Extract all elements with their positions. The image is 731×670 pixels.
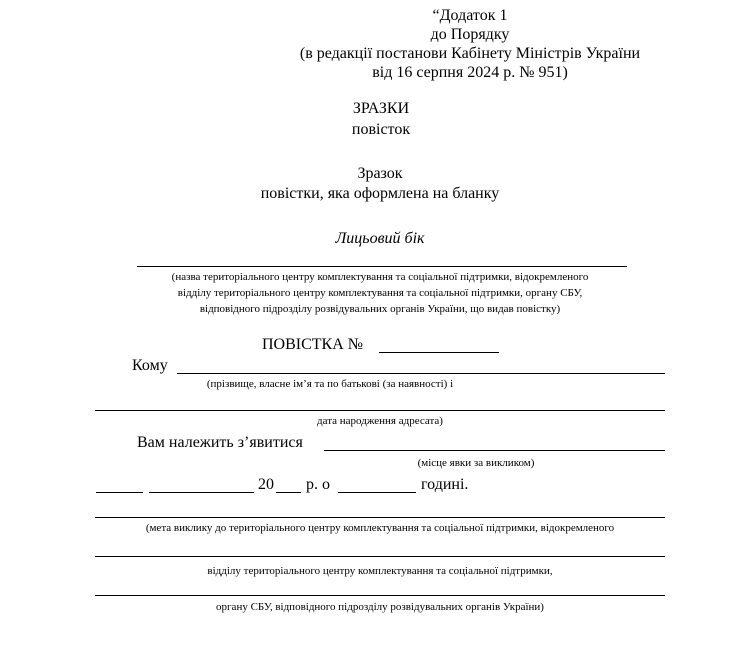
purpose-field-3[interactable] xyxy=(95,595,665,596)
purpose-caption-3: органу СБУ, відповідного підрозділу розв… xyxy=(95,600,665,614)
sample-subtitle: повістки, яка оформлена на бланку xyxy=(230,184,530,203)
recipient-field-2[interactable] xyxy=(95,410,665,411)
time-suffix: годині. xyxy=(421,475,468,494)
appear-caption: (місце явки за викликом) xyxy=(376,456,576,470)
issuer-field[interactable] xyxy=(137,266,627,267)
appendix-header: “Додаток 1 до Порядку (в редакції постан… xyxy=(270,6,670,82)
recipient-caption-2: дата народження адресата) xyxy=(230,414,530,428)
year-prefix: 20 xyxy=(258,475,274,494)
notice-number-field[interactable] xyxy=(379,352,499,353)
year-field[interactable] xyxy=(276,492,301,493)
appear-label: Вам належить з’явитися xyxy=(137,433,303,452)
appendix-line-1: “Додаток 1 xyxy=(270,6,670,25)
side-label: Лицьовий бік xyxy=(280,229,480,248)
time-field[interactable] xyxy=(338,492,416,493)
recipient-caption-1: (прізвище, власне ім’я та по батькові (з… xyxy=(180,377,480,391)
purpose-caption-1: (мета виклику до територіального центру … xyxy=(95,521,665,535)
appendix-line-3: (в редакції постанови Кабінету Міністрів… xyxy=(270,44,670,63)
appendix-line-4: від 16 серпня 2024 р. № 951) xyxy=(270,63,670,82)
document-title: ЗРАЗКИ xyxy=(281,99,481,118)
purpose-caption-2: відділу територіального центру комплекту… xyxy=(95,564,665,578)
issuer-caption-3: відповідного підрозділу розвідувальних о… xyxy=(120,302,640,316)
issuer-caption-2: відділу територіального центру комплекту… xyxy=(120,286,640,300)
recipient-label: Кому xyxy=(132,356,168,375)
sample-title: Зразок xyxy=(230,164,530,183)
purpose-field-1[interactable] xyxy=(95,517,665,518)
notice-title: ПОВІСТКА № xyxy=(262,335,363,354)
purpose-field-2[interactable] xyxy=(95,556,665,557)
issuer-caption-1: (назва територіального центру комплектув… xyxy=(120,270,640,284)
appendix-line-2: до Порядку xyxy=(270,25,670,44)
year-suffix: р. о xyxy=(306,475,330,494)
document-subtitle: повісток xyxy=(281,120,481,139)
month-field[interactable] xyxy=(149,492,254,493)
recipient-field[interactable] xyxy=(177,373,665,374)
day-field[interactable] xyxy=(96,492,143,493)
appear-place-field[interactable] xyxy=(324,450,665,451)
